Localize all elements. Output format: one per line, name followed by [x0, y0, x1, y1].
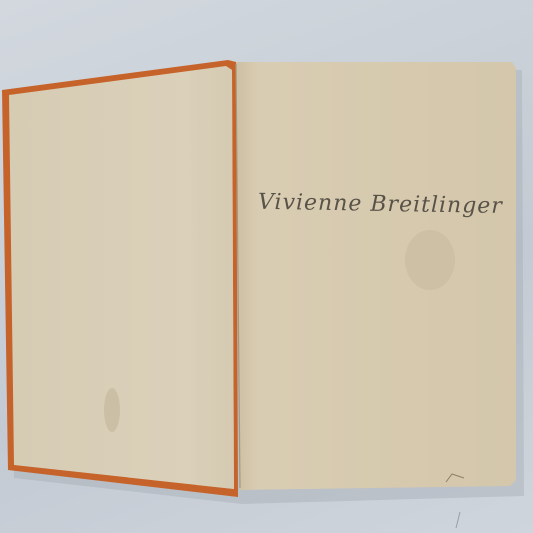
- flyleaf-page: [236, 62, 516, 490]
- handwritten-inscription: Vivienne Breitlinger: [258, 190, 518, 220]
- stain: [405, 230, 455, 290]
- book-illustration: [0, 0, 533, 533]
- hinge-strip: [190, 66, 234, 489]
- surface-scratch: [456, 512, 460, 528]
- stain: [104, 388, 120, 432]
